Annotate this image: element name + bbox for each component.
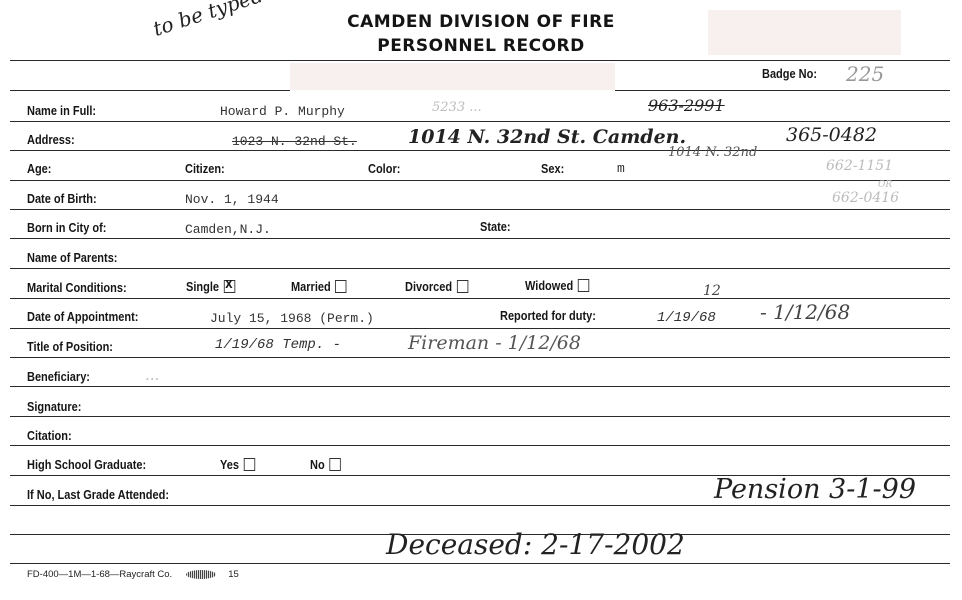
born-city-value: Camden,N.J.	[185, 222, 271, 237]
pension-note: Pension 3-1-99	[714, 474, 916, 505]
age-label: Age:	[27, 162, 51, 176]
redacted-area	[290, 63, 615, 90]
reported-correction: 12	[703, 283, 721, 299]
badge-value: 225	[846, 62, 884, 86]
sex-value: m	[617, 161, 625, 176]
high-school-label: High School Graduate:	[27, 458, 146, 472]
union-seal-icon	[186, 570, 216, 579]
signature-label: Signature:	[27, 400, 81, 414]
checkbox-hs-yes[interactable]	[243, 458, 254, 471]
name-phone-struck: 963-2991	[648, 96, 725, 115]
last-grade-label: If No, Last Grade Attended:	[27, 488, 169, 502]
sex-label: Sex:	[541, 162, 564, 176]
title-handwritten: Fireman - 1/12/68	[408, 332, 581, 354]
name-faint-note: 5233 ...	[432, 100, 482, 115]
redacted-area	[708, 10, 901, 55]
faint-phone-2: 662-0416	[832, 190, 899, 206]
color-label: Color:	[368, 162, 400, 176]
badge-label: Badge No:	[762, 67, 817, 81]
appointment-label: Date of Appointment:	[27, 310, 138, 324]
address-label: Address:	[27, 133, 75, 147]
hs-no[interactable]: No	[310, 458, 341, 472]
form-footer: FD-400—1M—1-68—Raycraft Co.15	[27, 569, 239, 580]
dob-value: Nov. 1, 1944	[185, 192, 279, 207]
born-city-label: Born in City of:	[27, 221, 106, 235]
hs-yes[interactable]: Yes	[220, 458, 255, 472]
title-label: Title of Position:	[27, 340, 113, 354]
address-old: 1023 N. 32nd St.	[232, 134, 357, 149]
marital-single[interactable]: Single	[186, 280, 235, 294]
beneficiary-label: Beneficiary:	[27, 370, 90, 384]
address-note: 1014 N. 32nd	[668, 145, 757, 160]
checkbox-divorced[interactable]	[456, 280, 467, 293]
reported-handwritten: - 1/12/68	[760, 300, 850, 324]
parents-label: Name of Parents:	[27, 251, 117, 265]
name-value: Howard P. Murphy	[220, 104, 345, 119]
marital-widowed[interactable]: Widowed	[525, 279, 589, 293]
name-label: Name in Full:	[27, 104, 96, 118]
form-code: FD-400—1M—1-68—Raycraft Co.	[27, 569, 172, 580]
citation-label: Citation:	[27, 429, 72, 443]
faint-or: OR	[878, 180, 892, 190]
title-value: 1/19/68 Temp. -	[215, 337, 341, 353]
deceased-note: Deceased: 2-17-2002	[386, 528, 685, 561]
reported-value: 1/19/68	[657, 310, 716, 326]
address-new: 1014 N. 32nd St. Camden.	[408, 126, 686, 148]
address-phone: 365-0482	[786, 124, 877, 146]
dob-label: Date of Birth:	[27, 192, 97, 206]
state-label: State:	[480, 220, 511, 234]
checkbox-hs-no[interactable]	[329, 458, 340, 471]
marital-married[interactable]: Married	[291, 280, 347, 294]
checkbox-widowed[interactable]	[578, 279, 589, 292]
page-number: 15	[228, 569, 239, 580]
marital-divorced[interactable]: Divorced	[405, 280, 468, 294]
checkbox-married[interactable]	[335, 280, 346, 293]
faint-phone: 662-1151	[826, 158, 893, 174]
beneficiary-faint: ...	[145, 366, 159, 384]
checkbox-single[interactable]	[223, 280, 234, 293]
reported-label: Reported for duty:	[500, 309, 596, 323]
citizen-label: Citizen:	[185, 162, 225, 176]
marital-label: Marital Conditions:	[27, 281, 127, 295]
appointment-value: July 15, 1968 (Perm.)	[210, 311, 374, 326]
